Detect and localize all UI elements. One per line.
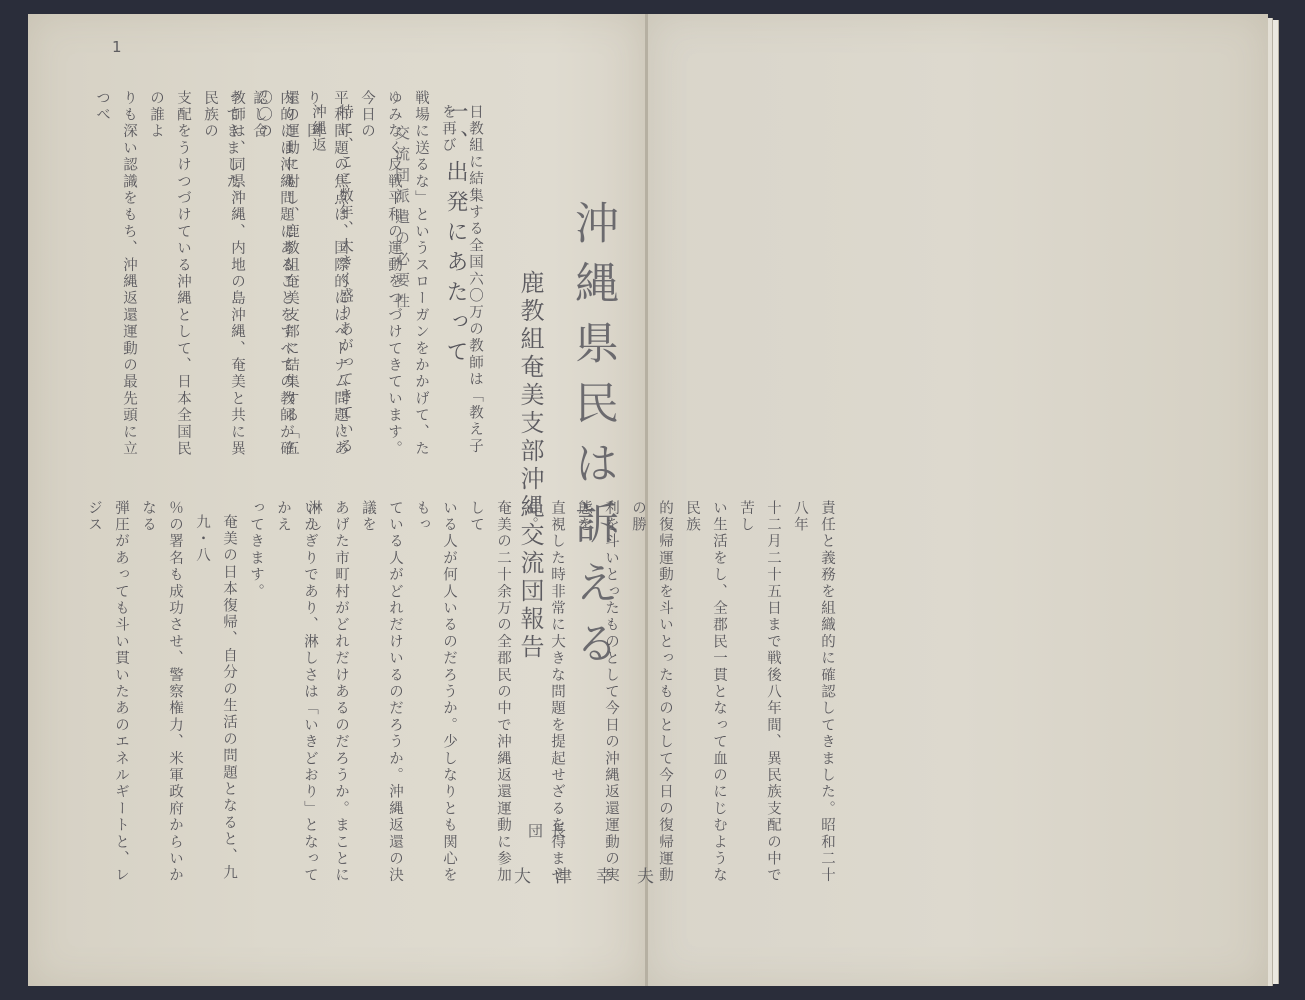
paragraph-2: 特に、ここ数年、大きく盛りあがってきている沖縄返 還の運動に対し、鹿教組奄美支部… <box>88 90 358 470</box>
text-column: ％の署名も成功させ、警察権力、米軍政府からいかなる <box>134 500 188 890</box>
text-column: い生活をし、全郡民一貫となって血のにじむような民族 <box>678 500 732 890</box>
text-column: ってきます。 <box>242 500 269 890</box>
text-column: いる人が何人いるのだろうか。少しなりとも関心をもっ <box>408 500 462 890</box>
scanned-spread: 1 沖縄県民は訴える 鹿教組奄美支部沖縄交流団報告 団長 大津幸夫 一、出発にあ… <box>0 0 1305 1000</box>
paragraph-3: 責任と義務を組織的に確認してきました。昭和二十八年 十二月二十五日まで戦後八年間… <box>300 500 840 890</box>
text-column: 責任と義務を組織的に確認してきました。昭和二十八年 <box>786 500 840 890</box>
text-column: 教師は、同県沖縄、内地の島沖縄、奄美と共に異民族の <box>196 90 250 470</box>
text-column: 還の運動に対し、鹿教組奄美支部に結集する「五〇〇の <box>250 90 304 470</box>
text-column: 直視した時非常に大きな問題を提起せざるを得ません。 <box>516 500 570 890</box>
text-column: 奄美の二十余万の全郡民の中で沖縄返還運動に参加して <box>462 500 516 890</box>
page-edge <box>1272 20 1279 984</box>
text-column: 十二月二十五日まで戦後八年間、異民族支配の中で苦し <box>732 500 786 890</box>
text-column: ている人がどれだけいるのだろうか。沖縄返還の決議を <box>354 500 408 890</box>
text-column: 奄美の日本復帰、自分の生活の問題となると、九九・八 <box>188 500 242 890</box>
text-column: りも深い認識をもち、沖縄返還運動の最先頭に立つべ <box>88 90 142 470</box>
text-column: 日教組に結集する全国六〇万の教師は「教え子を再び <box>434 90 488 470</box>
text-column: いかぎりであり、淋しさは「いきどおり」となってかえ <box>269 500 323 890</box>
text-column: 弾圧があっても斗い貫いたあのエネルギートと、レジス <box>80 500 134 890</box>
text-column: 利を斗いとったものとして今日の沖縄返還運動の実態を <box>570 500 624 890</box>
text-column: 支配をうけつづけている沖縄として、日本全国民の誰よ <box>142 90 196 470</box>
text-column: ゆみなく反戦平和の運動をつづけてきています。今日の <box>353 90 407 470</box>
page-number: 1 <box>112 38 122 56</box>
paragraph-4: いかぎりであり、淋しさは「いきどおり」となってかえ ってきます。 奄美の日本復帰… <box>80 500 323 890</box>
text-column: 的復帰運動を斗いとったものとして今日の復帰運動の勝 <box>624 500 678 890</box>
text-column: 戦場に送るな」というスローガンをかかげて、た <box>407 90 434 470</box>
text-column: 特に、ここ数年、大きく盛りあがってきている沖縄返 <box>304 90 358 470</box>
